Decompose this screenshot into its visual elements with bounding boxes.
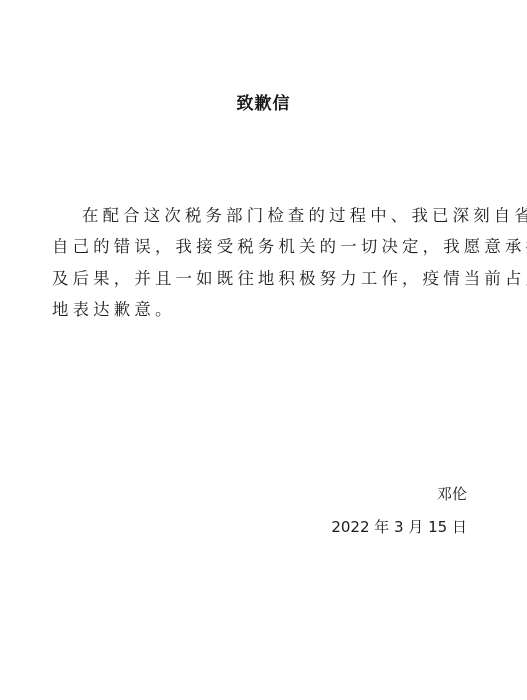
- letter-body: 在配合这次税务部门检查的过程中、我已深刻自省、深刻认识到 自己的错误，我接受税务…: [52, 200, 468, 325]
- letter-page: 致歉信 在配合这次税务部门检查的过程中、我已深刻自省、深刻认识到 自己的错误，我…: [0, 0, 527, 700]
- body-line-2: 自己的错误，我接受税务机关的一切决定，我愿意承担相关一切责任: [52, 231, 468, 262]
- body-line-4: 地表达歉意。: [52, 294, 468, 325]
- letter-title: 致歉信: [0, 89, 527, 114]
- body-line-3: 及后果，并且一如既往地积极努力工作，疫情当前占用公共资源深深: [52, 263, 468, 294]
- body-line-1: 在配合这次税务部门检查的过程中、我已深刻自省、深刻认识到: [52, 200, 468, 231]
- signature-name: 邓伦: [437, 483, 467, 504]
- signature-date: 2022 年 3 月 15 日: [331, 516, 467, 537]
